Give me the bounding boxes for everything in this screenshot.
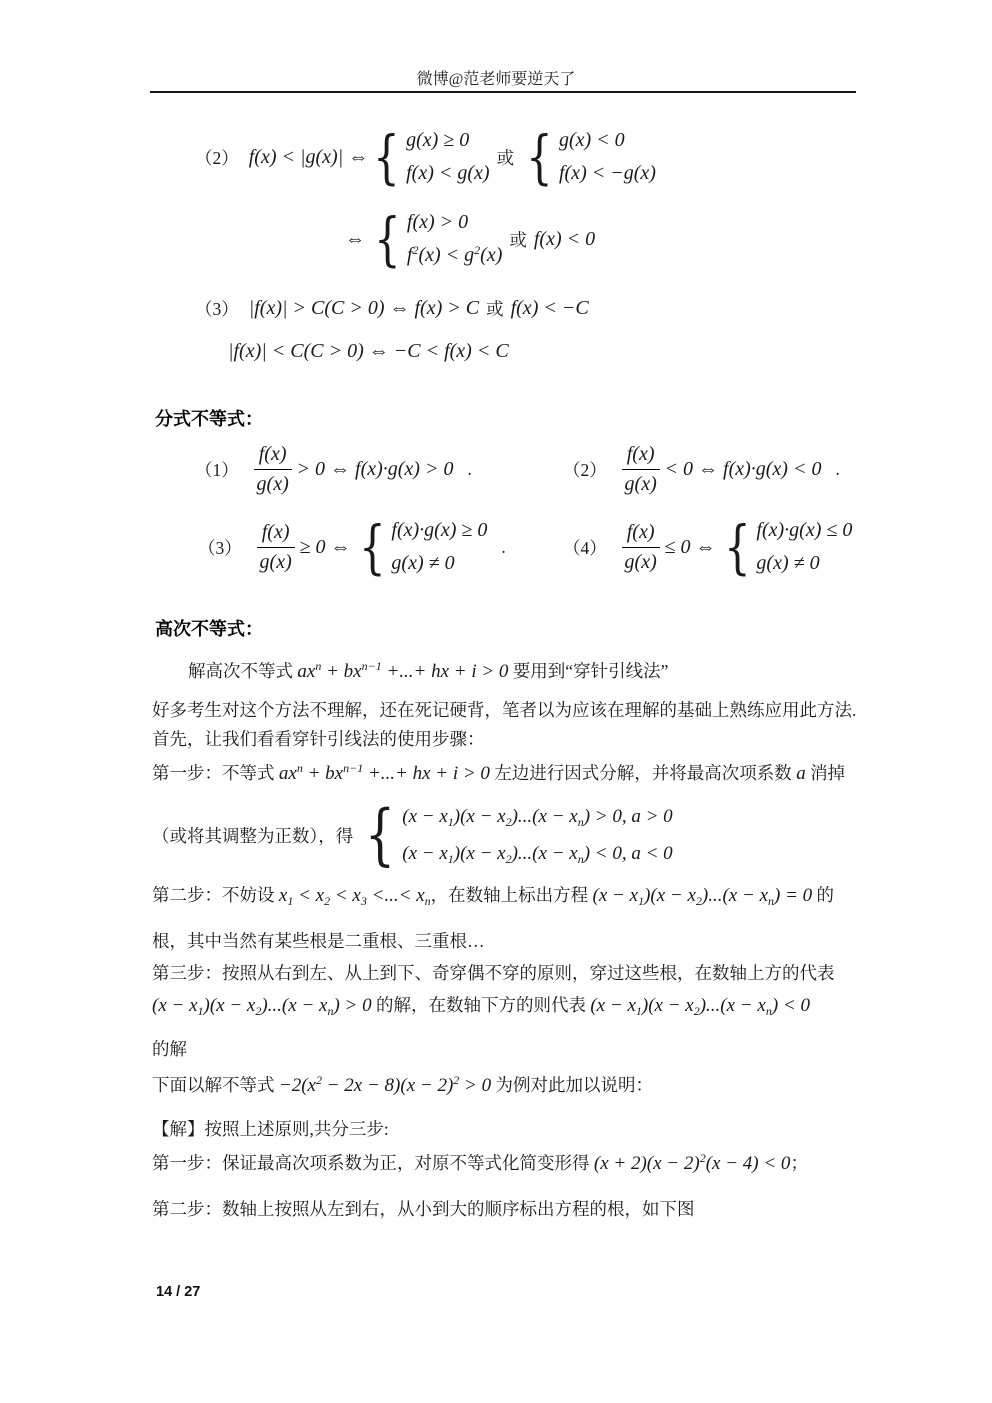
iff-symbol: ⇔ — [345, 228, 365, 251]
math-expr: ≤ 0 ⇔ — [665, 536, 716, 559]
paragraph-solution: 【解】按照上述原则,共分三步: — [152, 1116, 389, 1141]
paragraph-body2: 首先，让我们看看穿针引线法的使用步骤： — [152, 726, 485, 751]
math-expr: > 0 ⇔ f(x)·g(x) > 0 — [297, 458, 454, 481]
brace-group: { g(x) < 0 f(x) < −g(x) — [521, 124, 656, 190]
numerator: f(x) — [622, 520, 660, 548]
case-line: g(x) ≠ 0 — [391, 547, 487, 580]
fraction: f(x) g(x) — [622, 520, 660, 574]
or-connector: 或 — [509, 227, 527, 252]
text-run: 左边进行因式分解，并将最高次项系数 — [490, 763, 796, 783]
math-expr: ≥ 0 ⇔ — [300, 536, 351, 559]
item-label: （4） — [563, 535, 607, 560]
text-run: （或将其调整为正数），得 — [152, 823, 353, 848]
document-page: 微博@范老师要逆天了 （2） f(x) < |g(x)| ⇔ { g(x) ≥ … — [0, 0, 992, 1403]
left-brace-icon: { — [374, 210, 401, 268]
page-header-watermark: 微博@范老师要逆天了 — [0, 66, 992, 89]
text-run: 第一步：保证最高次项系数为正，对原不等式化简变形得 — [152, 1153, 594, 1173]
math-expr: f(x) < −C — [511, 297, 589, 320]
item-label: （3） — [195, 296, 239, 321]
formula-abs-item2-cont: ⇔ { f(x) > 0 f2(x) < g2(x) 或 f(x) < 0 — [345, 206, 595, 272]
fraction: f(x) g(x) — [622, 442, 660, 496]
text-run: 下面以解不等式 — [152, 1075, 279, 1095]
case-line: g(x) < 0 — [559, 124, 656, 157]
formula-abs-item3-line2: |f(x)| < C(C > 0) ⇔ −C < f(x) < C — [228, 340, 509, 363]
paragraph-intro: 解高次不等式 axn + bxn−1 +...+ hx + i > 0 要用到“… — [188, 658, 668, 683]
or-connector: 或 — [497, 145, 515, 170]
denominator: g(x) — [622, 470, 660, 496]
paragraph-step3-end: 的解 — [152, 1036, 187, 1061]
case-line: f2(x) < g2(x) — [407, 239, 502, 272]
paragraph-step3: 第三步：按照从右到左、从上到下、奇穿偶不穿的原则，穿过这些根，在数轴上方的代表 — [152, 960, 835, 985]
paragraph-step1: 第一步：不等式 axn + bxn−1 +...+ hx + i > 0 左边进… — [152, 760, 845, 785]
paragraph-example: 下面以解不等式 −2(x2 − 2x − 8)(x − 2)2 > 0 为例对此… — [152, 1072, 653, 1097]
math-run: (x − x1)(x − x2)...(x − xn) < 0 — [590, 995, 810, 1016]
paragraph-step3-cont: (x − x1)(x − x2)...(x − xn) > 0 的解，在数轴下方… — [152, 992, 810, 1017]
text-run: 第二步：不妨设 — [152, 885, 279, 905]
case-line: f(x)·g(x) ≤ 0 — [756, 514, 852, 547]
section-title-higher-degree: 高次不等式： — [155, 615, 263, 641]
math-expr: |f(x)| > C(C > 0) ⇔ f(x) > C — [249, 297, 479, 320]
case-line: f(x) < g(x) — [406, 157, 489, 190]
left-brace-icon: { — [359, 518, 386, 576]
page-number: 14 / 27 — [156, 1284, 200, 1300]
brace-group: { f(x)·g(x) ≤ 0 g(x) ≠ 0 — [719, 514, 853, 580]
left-brace-icon: { — [724, 518, 751, 576]
text-run: 要用到“穿针引线法” — [508, 661, 668, 681]
section-title-fractional: 分式不等式： — [155, 405, 263, 431]
math-expr: < 0 ⇔ f(x)·g(x) < 0 — [665, 458, 822, 481]
math-run: axn + bxn−1 +...+ hx + i > 0 — [279, 763, 490, 784]
math-tail: f(x) < 0 — [534, 228, 595, 251]
brace-group: { f(x)·g(x) ≥ 0 g(x) ≠ 0 — [354, 514, 488, 580]
left-brace-icon: { — [526, 128, 553, 186]
paragraph-step2-cont: 根，其中当然有某些根是二重根、三重根… — [152, 928, 485, 953]
text-run: 解高次不等式 — [188, 661, 297, 681]
text-run: 的解，在数轴下方的则代表 — [372, 995, 591, 1015]
left-brace-icon: { — [373, 128, 400, 186]
formula-frac-item2: （2） f(x) g(x) < 0 ⇔ f(x)·g(x) < 0 . — [563, 442, 840, 496]
paragraph-solution-step1: 第一步：保证最高次项系数为正，对原不等式化简变形得 (x + 2)(x − 2)… — [152, 1150, 808, 1175]
fraction: f(x) g(x) — [254, 442, 292, 496]
case-line: f(x)·g(x) ≥ 0 — [391, 514, 487, 547]
period: . — [835, 459, 839, 480]
math-expr: |f(x)| < C(C > 0) ⇔ −C < f(x) < C — [228, 340, 509, 363]
text-run: ； — [790, 1153, 808, 1173]
formula-frac-item1: （1） f(x) g(x) > 0 ⇔ f(x)·g(x) > 0 . — [195, 442, 472, 496]
brace-group: { g(x) ≥ 0 f(x) < g(x) — [368, 124, 489, 190]
case-line: g(x) ≠ 0 — [756, 547, 852, 580]
math-run: axn + bxn−1 +...+ hx + i > 0 — [297, 661, 508, 682]
item-label: （1） — [195, 457, 239, 482]
math-run: x1 < x2 < x3 <...< xn — [279, 885, 431, 906]
denominator: g(x) — [257, 548, 295, 574]
math-lhs: f(x) < |g(x)| ⇔ — [249, 146, 368, 169]
text-run: 为例对此加以说明： — [491, 1075, 653, 1095]
period: . — [501, 537, 505, 558]
math-run: (x + 2)(x − 2)2(x − 4) < 0 — [594, 1153, 791, 1174]
numerator: f(x) — [622, 442, 660, 470]
math-run: −2(x2 − 2x − 8)(x − 2)2 > 0 — [279, 1075, 491, 1096]
numerator: f(x) — [257, 520, 295, 548]
or-connector: 或 — [486, 296, 504, 321]
period: . — [467, 459, 471, 480]
formula-abs-item2: （2） f(x) < |g(x)| ⇔ { g(x) ≥ 0 f(x) < g(… — [195, 124, 656, 190]
denominator: g(x) — [622, 548, 660, 574]
brace-group: { (x − x1)(x − x2)...(x − xn) > 0, a > 0… — [359, 798, 672, 872]
item-label: （3） — [198, 535, 242, 560]
denominator: g(x) — [254, 470, 292, 496]
numerator: f(x) — [254, 442, 292, 470]
paragraph-solution-step2: 第二步：数轴上按照从左到右，从小到大的顺序标出方程的根，如下图 — [152, 1196, 695, 1221]
formula-frac-item4: （4） f(x) g(x) ≤ 0 ⇔ { f(x)·g(x) ≤ 0 g(x)… — [563, 514, 852, 580]
case-line: (x − x1)(x − x2)...(x − xn) > 0, a > 0 — [402, 798, 672, 835]
item-label: （2） — [195, 145, 239, 170]
paragraph-body1: 好多考生对这个方法不理解，还在死记硬背，笔者以为应该在理解的基础上熟练应用此方法… — [152, 697, 856, 722]
text-run: ，在数轴上标出方程 — [431, 885, 593, 905]
header-rule — [150, 91, 856, 93]
text-run: 消掉 — [806, 763, 845, 783]
math-run: a — [796, 763, 806, 784]
paragraph-step1-cases: （或将其调整为正数），得 { (x − x1)(x − x2)...(x − x… — [152, 798, 673, 872]
case-line: g(x) ≥ 0 — [406, 124, 489, 157]
text-run: 第一步：不等式 — [152, 763, 279, 783]
item-label: （2） — [563, 457, 607, 482]
text-run: 的 — [812, 885, 834, 905]
left-brace-icon: { — [365, 802, 395, 868]
case-line: f(x) < −g(x) — [559, 157, 656, 190]
formula-frac-item3: （3） f(x) g(x) ≥ 0 ⇔ { f(x)·g(x) ≥ 0 g(x)… — [198, 514, 506, 580]
case-line: (x − x1)(x − x2)...(x − xn) < 0, a < 0 — [402, 835, 672, 872]
formula-abs-item3-line1: （3） |f(x)| > C(C > 0) ⇔ f(x) > C 或 f(x) … — [195, 296, 589, 321]
math-run: (x − x1)(x − x2)...(x − xn) = 0 — [593, 885, 813, 906]
case-line: f(x) > 0 — [407, 206, 502, 239]
fraction: f(x) g(x) — [257, 520, 295, 574]
math-run: (x − x1)(x − x2)...(x − xn) > 0 — [152, 995, 372, 1016]
paragraph-step2: 第二步：不妨设 x1 < x2 < x3 <...< xn，在数轴上标出方程 (… — [152, 882, 834, 907]
brace-group: { f(x) > 0 f2(x) < g2(x) — [369, 206, 502, 272]
